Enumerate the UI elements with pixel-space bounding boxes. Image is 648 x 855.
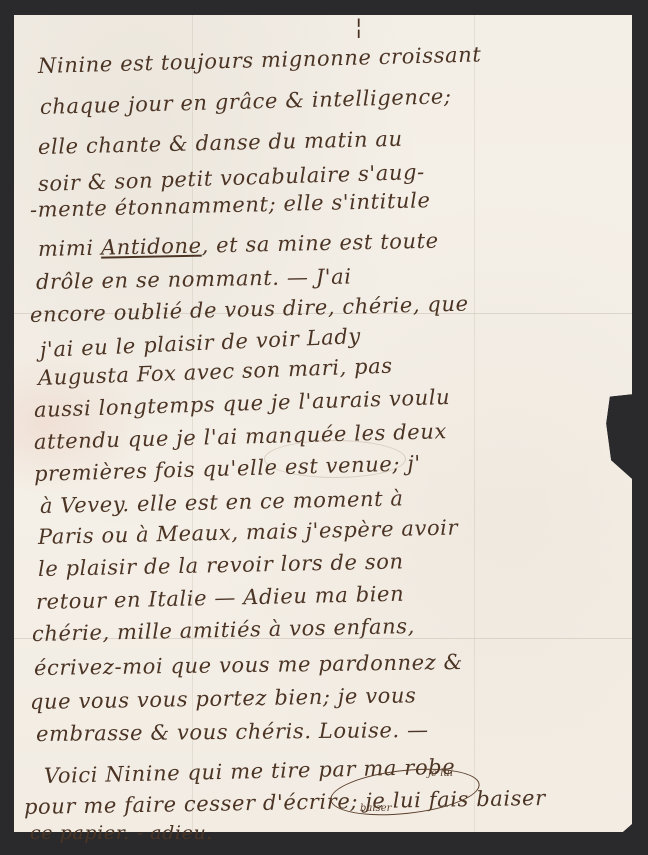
underlined-name: Antidone xyxy=(101,234,202,260)
annotation-below-text: baiser xyxy=(360,803,391,814)
top-ink-mark: ¦ xyxy=(355,15,362,40)
letter-signature-line: embrasse & vous chéris. Louise. — xyxy=(36,718,429,746)
postscript-line: ce papier. - adieu. xyxy=(30,822,213,844)
annotation-insert-text: je lui xyxy=(428,768,453,779)
fold-line-vertical xyxy=(474,15,475,832)
